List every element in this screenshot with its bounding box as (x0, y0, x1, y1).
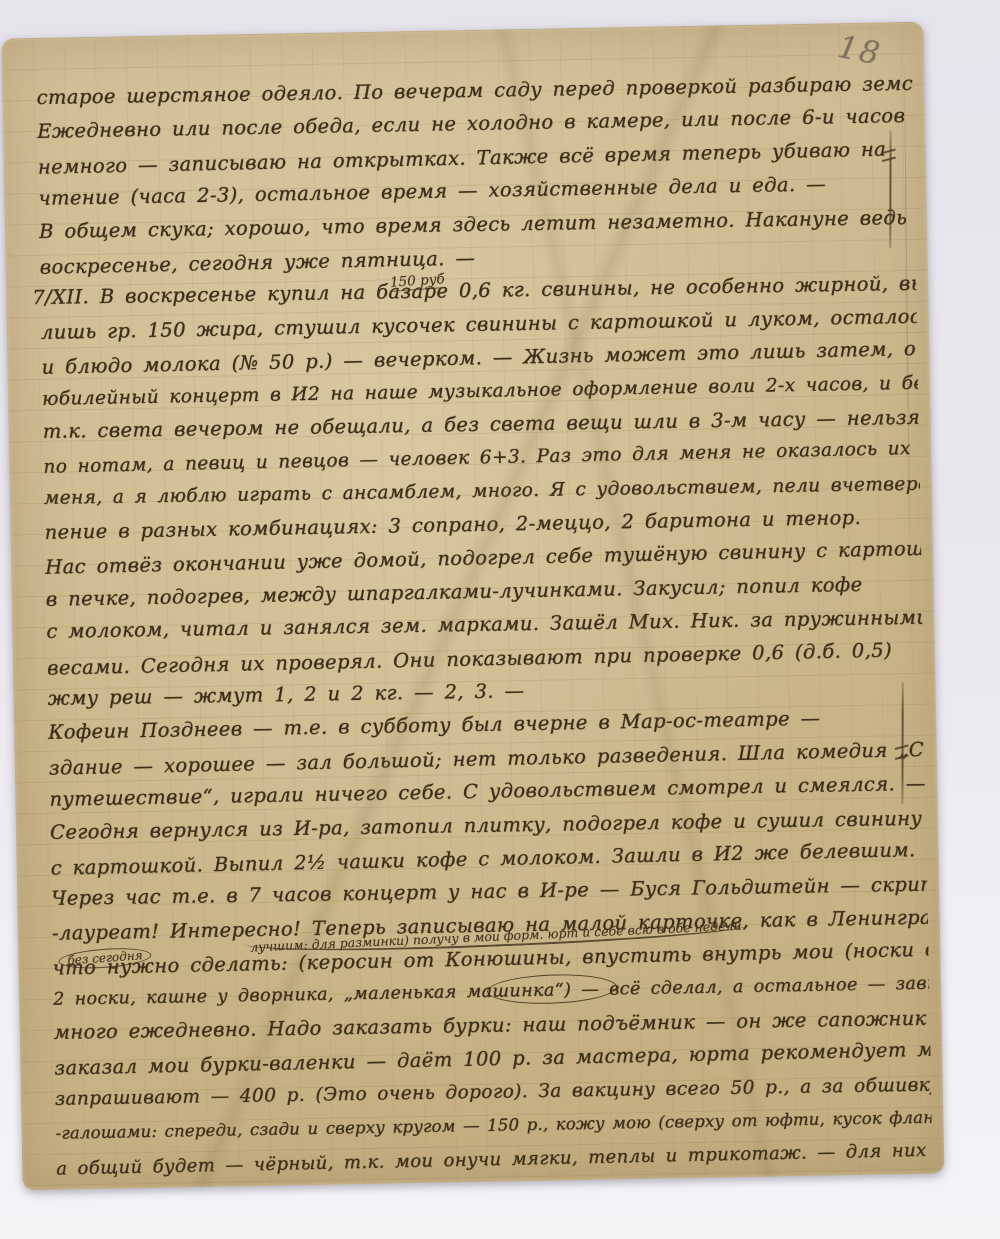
margin-mark-stem (901, 682, 903, 804)
margin-mark-stem (889, 130, 891, 248)
scan-background: { "page": { "page_number": "18", "paper_… (0, 0, 1000, 1239)
manuscript-page: 18 старое шерстяное одеяло. По вечерам с… (2, 22, 945, 1191)
handwritten-text: старое шерстяное одеяло. По вечерам саду… (28, 66, 932, 1184)
margin-mark-middle (893, 682, 909, 804)
margin-mark-top (881, 130, 897, 248)
